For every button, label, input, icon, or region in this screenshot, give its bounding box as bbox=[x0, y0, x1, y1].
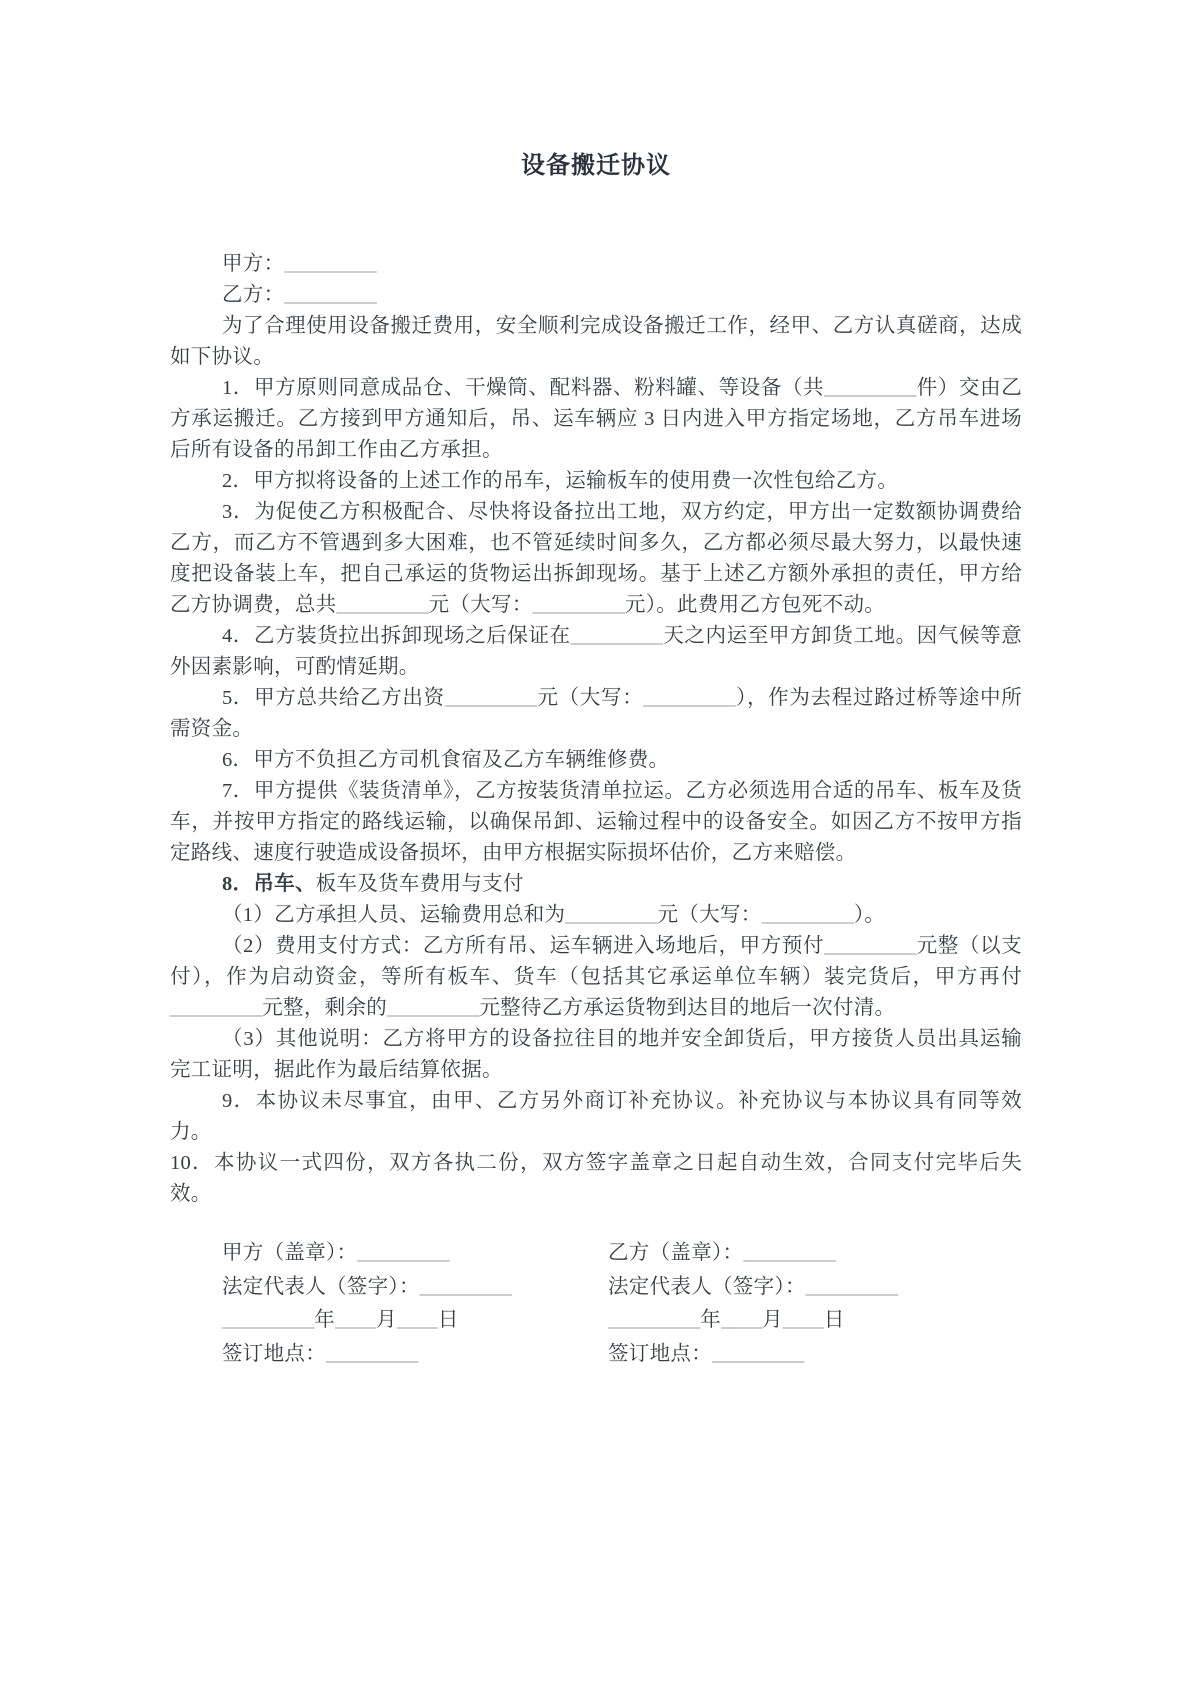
text-run: 月 bbox=[376, 1309, 397, 1331]
blank-field: _________ bbox=[643, 687, 735, 709]
text-run: 2．甲方拟将设备的上述工作的吊车，运输板车的使用费一次性包给乙方。 bbox=[222, 470, 898, 492]
party-a-line: 甲方：_________ bbox=[170, 249, 1022, 280]
blank-field: _________ bbox=[284, 284, 376, 306]
text-run: 签订地点： bbox=[608, 1343, 712, 1365]
text-run: 乙方： bbox=[222, 284, 284, 306]
signature-block: 甲方（盖章）：_________法定代表人（签字）：______________… bbox=[170, 1237, 1022, 1371]
signature-right: 乙方（盖章）：_________法定代表人（签字）：______________… bbox=[608, 1237, 1022, 1371]
blank-field: _________ bbox=[762, 904, 854, 926]
text-run: 签订地点： bbox=[222, 1343, 326, 1365]
text-run: 9．本协议未尽事宜，由甲、乙方另外商订补充协议。补充协议与本协议具有同等效力。 bbox=[170, 1090, 1022, 1143]
clause-5: 5．甲方总共给乙方出资_________元（大写：_________），作为去程… bbox=[170, 683, 1022, 745]
clause-3: 3．为促使乙方积极配合、尽快将设备拉出工地，双方约定，甲方出一定数额协调费给乙方… bbox=[170, 497, 1022, 621]
text-run: （2）费用支付方式：乙方所有吊、运车辆进入场地后，甲方预付 bbox=[222, 935, 824, 957]
text-run: 月 bbox=[762, 1309, 783, 1331]
text-run: 5．甲方总共给乙方出资 bbox=[222, 687, 445, 709]
clause-9: 9．本协议未尽事宜，由甲、乙方另外商订补充协议。补充协议与本协议具有同等效力。 bbox=[170, 1086, 1022, 1148]
text-run: 法定代表人（签字）： bbox=[608, 1276, 806, 1298]
signature-left: 甲方（盖章）：_________法定代表人（签字）：______________… bbox=[222, 1237, 608, 1371]
preamble: 为了合理使用设备搬迁费用，安全顺利完成设备搬迁工作，经甲、乙方认真磋商，达成如下… bbox=[170, 311, 1022, 373]
clause-8-heading: 8．吊车、板车及货车费用与支付 bbox=[170, 869, 1022, 900]
blank-field: _________ bbox=[357, 1242, 449, 1264]
text-run: 元整，剩余的 bbox=[262, 997, 387, 1019]
clause-2: 2．甲方拟将设备的上述工作的吊车，运输板车的使用费一次性包给乙方。 bbox=[170, 466, 1022, 497]
clause-7: 7．甲方提供《装货清单》，乙方按装货清单拉运。乙方必须选用合适的吊车、板车及货车… bbox=[170, 776, 1022, 869]
blank-field: _________ bbox=[806, 1276, 898, 1298]
document-body: 甲方：_________乙方：_________为了合理使用设备搬迁费用，安全顺… bbox=[170, 249, 1022, 1210]
blank-field: _________ bbox=[222, 1309, 314, 1331]
text-run: （1）乙方承担人员、运输费用总和为 bbox=[222, 904, 565, 926]
blank-field: _________ bbox=[608, 1309, 700, 1331]
blank-field: _________ bbox=[565, 904, 657, 926]
text-run: 元（大写： bbox=[537, 687, 643, 709]
party-b-line: 乙方：_________ bbox=[170, 280, 1022, 311]
document-title: 设备搬迁协议 bbox=[170, 150, 1022, 183]
text-run: 7．甲方提供《装货清单》，乙方按装货清单拉运。乙方必须选用合适的吊车、板车及货车… bbox=[170, 780, 1022, 864]
text-run: 元整待乙方承运货物到达目的地后一次付清。 bbox=[479, 997, 895, 1019]
blank-field: _________ bbox=[743, 1242, 835, 1264]
text-run: 甲方（盖章）： bbox=[222, 1242, 357, 1264]
clause-1: 1．甲方原则同意成品仓、干燥筒、配料器、粉料罐、等设备（共_________件）… bbox=[170, 373, 1022, 466]
text-run: 元（大写： bbox=[429, 594, 533, 616]
blank-field: ____ bbox=[397, 1309, 438, 1331]
blank-field: _________ bbox=[284, 253, 376, 275]
party-a-seal-line: 甲方（盖章）：_________ bbox=[222, 1237, 608, 1271]
text-run: ）。 bbox=[854, 904, 885, 926]
text-run: 8．吊车、 bbox=[222, 873, 316, 895]
blank-field: _________ bbox=[336, 594, 428, 616]
blank-field: _________ bbox=[170, 997, 262, 1019]
blank-field: ____ bbox=[721, 1309, 762, 1331]
blank-field: _________ bbox=[326, 1343, 418, 1365]
party-a-location-line: 签订地点：_________ bbox=[222, 1338, 608, 1372]
document-page: 设备搬迁协议 甲方：_________乙方：_________为了合理使用设备搬… bbox=[0, 0, 1190, 1683]
text-run: 年 bbox=[700, 1309, 721, 1331]
blank-field: _________ bbox=[420, 1276, 512, 1298]
clause-8-3: （3）其他说明：乙方将甲方的设备拉往目的地并安全卸货后，甲方接货人员出具运输完工… bbox=[170, 1024, 1022, 1086]
blank-field: ____ bbox=[335, 1309, 376, 1331]
blank-field: _________ bbox=[445, 687, 537, 709]
blank-field: _________ bbox=[533, 594, 625, 616]
blank-field: ____ bbox=[783, 1309, 824, 1331]
text-run: 元）。此费用乙方包死不动。 bbox=[625, 594, 885, 616]
text-run: 法定代表人（签字）： bbox=[222, 1276, 420, 1298]
text-run: （3）其他说明：乙方将甲方的设备拉往目的地并安全卸货后，甲方接货人员出具运输完工… bbox=[170, 1028, 1022, 1081]
party-b-location-line: 签订地点：_________ bbox=[608, 1338, 1022, 1372]
text-run: 1．甲方原则同意成品仓、干燥筒、配料器、粉料罐、等设备（共 bbox=[222, 377, 824, 399]
text-run: 乙方（盖章）： bbox=[608, 1242, 743, 1264]
text-run: 年 bbox=[314, 1309, 335, 1331]
text-run: 甲方： bbox=[222, 253, 284, 275]
clause-4: 4．乙方装货拉出拆卸现场之后保证在_________天之内运至甲方卸货工地。因气… bbox=[170, 621, 1022, 683]
text-run: 元（大写： bbox=[658, 904, 762, 926]
text-run: 日 bbox=[824, 1309, 845, 1331]
party-b-date-line: _________年____月____日 bbox=[608, 1304, 1022, 1338]
text-run: 4．乙方装货拉出拆卸现场之后保证在 bbox=[222, 625, 571, 647]
party-a-date-line: _________年____月____日 bbox=[222, 1304, 608, 1338]
party-b-representative-line: 法定代表人（签字）：_________ bbox=[608, 1271, 1022, 1305]
text-run: 日 bbox=[438, 1309, 459, 1331]
blank-field: _________ bbox=[571, 625, 663, 647]
clause-10: 10．本协议一式四份，双方各执二份，双方签字盖章之日起自动生效，合同支付完毕后失… bbox=[170, 1148, 1022, 1210]
text-run: 6．甲方不负担乙方司机食宿及乙方车辆维修费。 bbox=[222, 749, 669, 771]
blank-field: _________ bbox=[387, 997, 479, 1019]
blank-field: _________ bbox=[824, 935, 916, 957]
text-run: 为了合理使用设备搬迁费用，安全顺利完成设备搬迁工作，经甲、乙方认真磋商，达成如下… bbox=[170, 315, 1022, 368]
clause-6: 6．甲方不负担乙方司机食宿及乙方车辆维修费。 bbox=[170, 745, 1022, 776]
text-run: 10．本协议一式四份，双方各执二份，双方签字盖章之日起自动生效，合同支付完毕后失… bbox=[170, 1152, 1022, 1205]
party-b-seal-line: 乙方（盖章）：_________ bbox=[608, 1237, 1022, 1271]
party-a-representative-line: 法定代表人（签字）：_________ bbox=[222, 1271, 608, 1305]
blank-field: _________ bbox=[712, 1343, 804, 1365]
text-run: 板车及货车费用与支付 bbox=[316, 873, 524, 895]
blank-field: _________ bbox=[824, 377, 916, 399]
clause-8-2: （2）费用支付方式：乙方所有吊、运车辆进入场地后，甲方预付_________元整… bbox=[170, 931, 1022, 1024]
clause-8-1: （1）乙方承担人员、运输费用总和为_________元（大写：_________… bbox=[170, 900, 1022, 931]
